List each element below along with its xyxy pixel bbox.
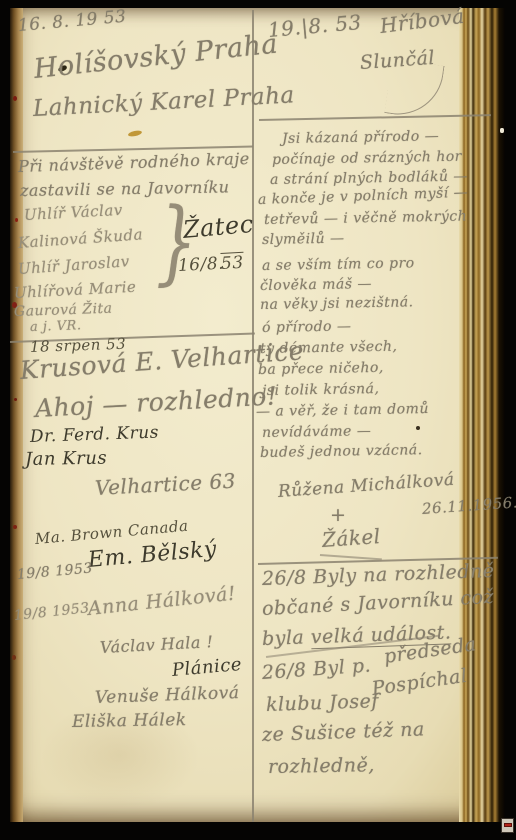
page-marker-badge [501,818,514,833]
entry2-name: a j. VR. [30,318,82,335]
poem-line: — a věř, že i tam domů [256,401,429,420]
poem-line: Jsi kázaná přírodo — [282,128,439,147]
entry2-date: 16/8. [177,254,224,276]
poem-line: na věky jsi nezištná. [260,294,414,313]
entry2-line-2: zastavili se na Javorníku [20,177,230,200]
entry5-name: Eliška Hálek [72,710,187,732]
poem-line: slyměilů — [262,231,345,248]
binding-speck [12,655,16,660]
guestbook-page-scan: 16. 8. 19 53 Holíšovský Praha Lahnický K… [0,0,516,840]
poem-line: nevídáváme — [262,423,372,441]
binding-speck [13,525,17,529]
poem-line: ó přírodo — [262,318,352,336]
binding-edge [10,8,23,822]
signoff-cross-mark: + [330,504,346,526]
poem-line: a se vším tím co pro [262,255,415,274]
poem-line: ty démante všech, [260,339,398,357]
poem-line: jsi tolik krásná, [262,381,380,399]
red-bar-icon [504,823,512,827]
binding-speck [14,398,17,401]
poem-line: člověka máš — [260,276,372,294]
poem-line: ba přece ničeho, [258,360,384,378]
page-edge-stripes [459,8,505,822]
bottom-entry-line3-pre: byla [262,626,312,650]
poem-line: budeš jednou vzácná. [260,442,423,461]
entry2-date-year: 53 [220,252,244,274]
entry3-name-2: Jan Krus [25,448,108,470]
binding-speck [13,96,17,101]
column-divider-line [252,10,254,822]
binding-speck [15,218,18,222]
bottom-entry-line: rozhledně, [268,754,375,778]
poem-line: počínaje od srázných hor [272,149,462,168]
bottom-entry-line: klubu Josef [266,690,380,716]
signoff-flourish: Žákel [321,524,381,552]
